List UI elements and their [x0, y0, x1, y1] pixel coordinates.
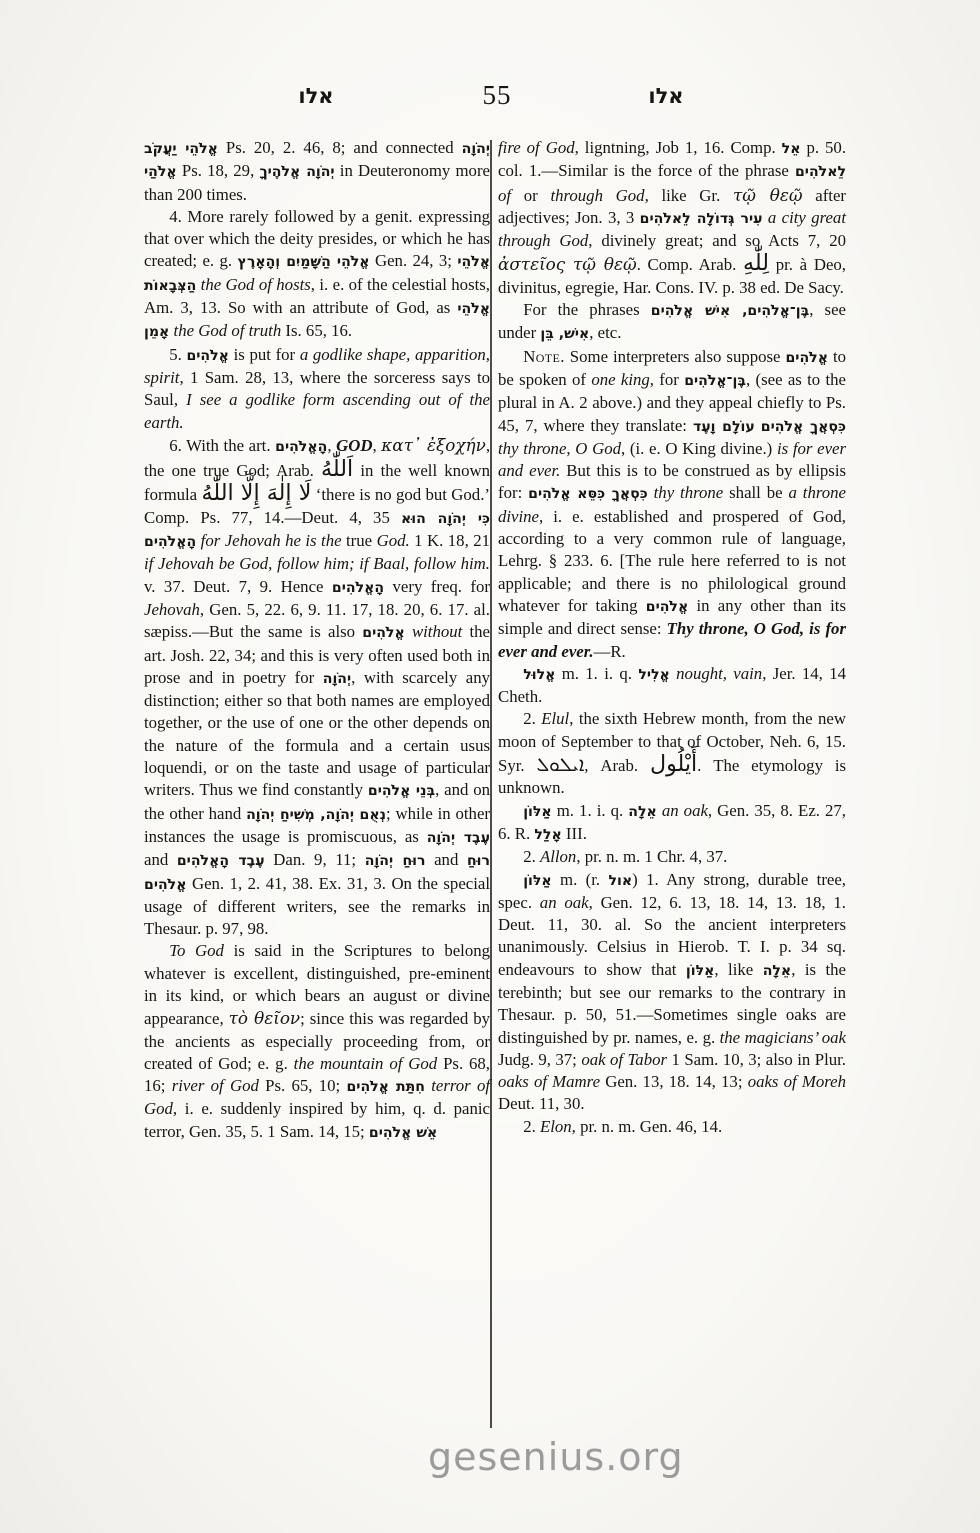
scanned-lexicon-page: אלו 55 אלו אֱלֹהֵי יַעֲקֹב Ps. 20, 2. 46…	[0, 0, 980, 1533]
entry-allon-oak-1: אַלּוֹן m. 1. i. q. אֵלָה an oak, Gen. 3…	[498, 800, 846, 847]
paragraph-sense-4: 4. More rarely followed by a genit. expr…	[144, 206, 490, 344]
running-head-right-hebrew: אלו	[611, 84, 721, 108]
watermark: gesenius.org	[428, 1435, 684, 1479]
page-number: 55	[437, 80, 557, 111]
entry-allon-pr-n: 2. Allon, pr. n. m. 1 Chr. 4, 37.	[498, 846, 846, 868]
entry-allon-tree: אַלּוֹן m. (r. אול) 1. Any strong, durab…	[498, 869, 846, 1116]
running-head-left-hebrew: אלו	[261, 84, 371, 108]
entry-elul-1: אֱלוּל m. 1. i. q. אֱלִיל nought, vain, …	[498, 663, 846, 709]
right-column: fire of God, ligntning, Job 1, 16. Comp.…	[498, 137, 846, 1138]
entry-elul-2: 2. Elul, the sixth Hebrew month, from th…	[498, 708, 846, 799]
paragraph-to-god: To God is said in the Scriptures to belo…	[144, 940, 490, 1144]
paragraph-fire-of-god: fire of God, ligntning, Job 1, 16. Comp.…	[498, 137, 846, 299]
left-column: אֱלֹהֵי יַעֲקֹב Ps. 20, 2. 46, 8; and co…	[144, 137, 490, 1144]
paragraph-note: Note. Some interpreters also suppose אֱל…	[498, 346, 846, 663]
paragraph-sense-6: 6. With the art. הָאֱלֹהִים, GOD, κατ᾿ ἐ…	[144, 434, 490, 941]
paragraph-continuation: אֱלֹהֵי יַעֲקֹב Ps. 20, 2. 46, 8; and co…	[144, 137, 490, 206]
entry-elon: 2. Elon, pr. n. m. Gen. 46, 14.	[498, 1116, 846, 1138]
column-divider-rule	[490, 140, 492, 1428]
paragraph-sense-5: 5. אֱלֹהִים is put for a godlike shape, …	[144, 344, 490, 434]
paragraph-phrases: For the phrases בֶּן־אֱלֹהִים, אִישׁ אֱל…	[498, 299, 846, 346]
